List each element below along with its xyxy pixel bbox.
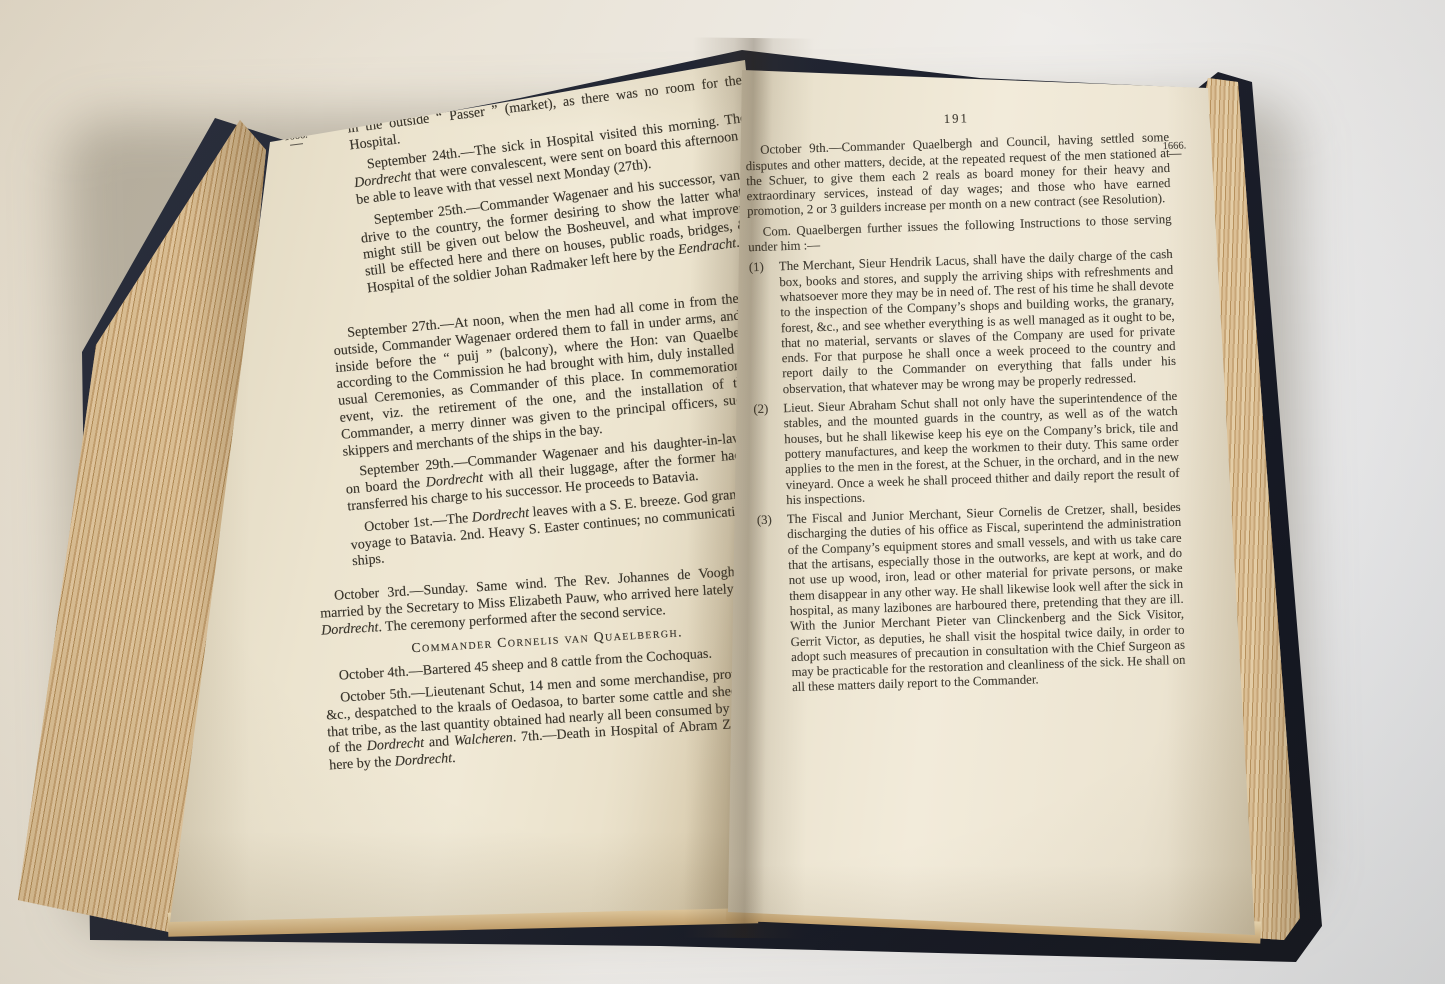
- left-page-text-block-middle: September 27th.—At noon, when the men ha…: [332, 288, 802, 576]
- instruction-number: (1): [749, 260, 783, 399]
- instruction-item: (2) Lieut. Sieur Abraham Schut shall not…: [753, 389, 1180, 509]
- right-page-text-block: 191 1666. October 9th.—Commander Quaelbe…: [744, 105, 1186, 701]
- paragraph: October 9th.—Commander Quaelbergh and Co…: [745, 130, 1171, 220]
- instruction-text: The Fiscal and Junior Merchant, Sieur Co…: [787, 500, 1187, 696]
- instruction-text: The Merchant, Sieur Hendrik Lacus, shall…: [779, 247, 1177, 397]
- right-page: 191 1666. October 9th.—Commander Quaelbe…: [700, 55, 1262, 945]
- right-page-number: 191: [744, 105, 1168, 134]
- instruction-text: Lieut. Sieur Abraham Schut shall not onl…: [783, 389, 1180, 508]
- instruction-item: (3) The Fiscal and Junior Merchant, Sieu…: [757, 500, 1187, 697]
- book-photo: 190 1666. in the outside “ Passer ” (mar…: [0, 0, 1445, 984]
- left-margin-year-rule: [290, 143, 303, 146]
- left-page-text-block-bottom: October 3rd.—Sunday. Same wind. The Rev.…: [319, 563, 780, 780]
- right-margin-year-rule: [1168, 154, 1181, 155]
- right-margin-year-note: 1666.: [1163, 140, 1187, 155]
- instruction-item: (1) The Merchant, Sieur Hendrik Lacus, s…: [749, 247, 1177, 398]
- right-margin-year-text: 1666.: [1163, 140, 1187, 152]
- instruction-number: (2): [753, 401, 786, 509]
